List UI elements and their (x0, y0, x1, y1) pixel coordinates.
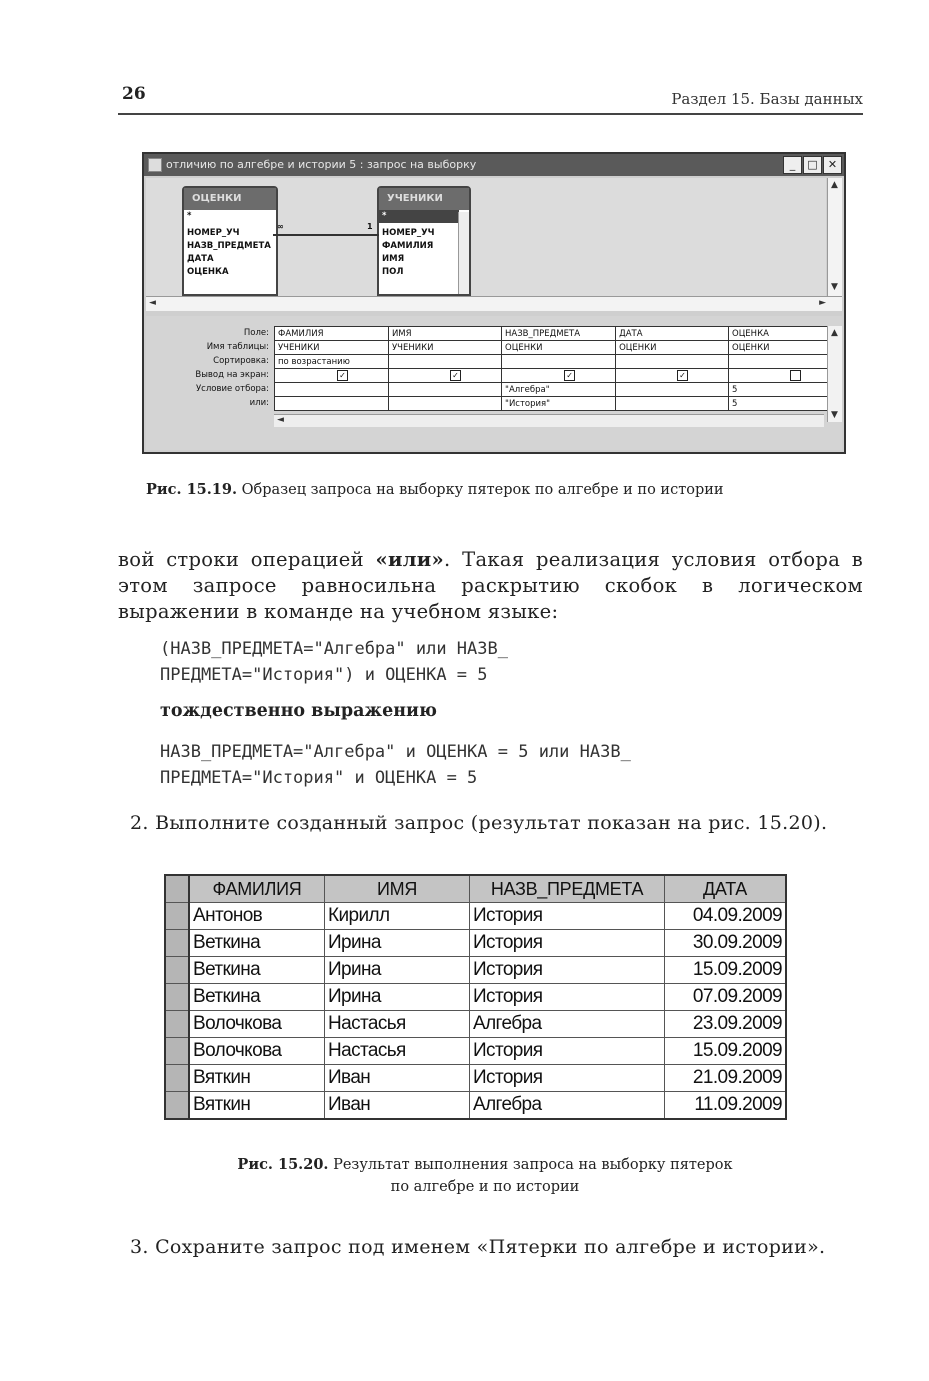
figure-label: Рис. 15.20. (237, 1156, 328, 1173)
row-selector[interactable] (165, 1038, 189, 1065)
relationship-line[interactable] (273, 234, 379, 236)
grid-vertical-scrollbar[interactable]: ▲ ▼ (827, 326, 842, 422)
grid-cell-field[interactable]: НАЗВ_ПРЕДМЕТА (502, 327, 616, 341)
query-icon (148, 158, 162, 172)
grid-cell-or[interactable] (616, 397, 729, 411)
grid-cell-table[interactable]: УЧЕНИКИ (388, 341, 501, 355)
grid-cell-table[interactable]: ОЦЕНКИ (616, 341, 729, 355)
table-row[interactable]: ВеткинаИринаИстория15.09.2009 (165, 957, 786, 984)
table-cell[interactable]: История (470, 1038, 665, 1065)
grid-cell-table[interactable]: ОЦЕНКИ (502, 341, 616, 355)
grid-cell-table[interactable]: УЧЕНИКИ (275, 341, 389, 355)
scroll-right-icon[interactable]: ► (819, 298, 826, 308)
table-box-title[interactable]: ОЦЕНКИ (184, 188, 276, 210)
table-cell[interactable]: Настасья (325, 1038, 470, 1065)
scroll-up-icon[interactable]: ▲ (831, 328, 838, 338)
grid-cell-sort[interactable]: по возрастанию (275, 355, 389, 369)
row-selector[interactable] (165, 1065, 189, 1092)
field-item[interactable]: * (379, 210, 459, 223)
grid-row-table: УЧЕНИКИУЧЕНИКИОЦЕНКИОЦЕНКИОЦЕНКИ (275, 341, 842, 355)
grid-cell-or[interactable]: "История" (502, 397, 616, 411)
field-item[interactable]: ОЦЕНКА (184, 266, 276, 279)
table-cell[interactable]: Кирилл (325, 903, 470, 930)
table-cell[interactable]: Волочкова (189, 1038, 325, 1065)
table-cell[interactable]: Алгебра (470, 1092, 665, 1120)
field-item[interactable]: ПОЛ (379, 266, 469, 279)
field-item[interactable]: ДАТА (184, 253, 276, 266)
show-cell[interactable]: ✓ (388, 369, 501, 383)
scroll-left-icon[interactable]: ◄ (277, 415, 284, 425)
show-cell[interactable]: ✓ (502, 369, 616, 383)
show-cell[interactable]: ✓ (616, 369, 729, 383)
table-cell[interactable]: Настасья (325, 1011, 470, 1038)
grid-cell-criteria[interactable]: 5 (729, 383, 842, 397)
row-selector[interactable] (165, 984, 189, 1011)
table-cell[interactable]: 11.09.2009 (665, 1092, 787, 1120)
table-cell[interactable]: История (470, 957, 665, 984)
maximize-button[interactable]: □ (803, 156, 822, 174)
minimize-button[interactable]: _ (783, 156, 802, 174)
table-cell[interactable]: 30.09.2009 (665, 930, 787, 957)
row-label-sort: Сортировка: (146, 354, 272, 368)
figure-caption: Рис. 15.20. Результат выполнения запроса… (0, 1154, 929, 1198)
grid-cell-field[interactable]: ДАТА (616, 327, 729, 341)
table-cell[interactable]: Иван (325, 1065, 470, 1092)
paragraph-text: вой строки операцией (118, 548, 375, 571)
table-cell[interactable]: Алгебра (470, 1011, 665, 1038)
figure-caption: Рис. 15.19. Образец запроса на выборку п… (146, 481, 724, 498)
table-row[interactable]: ВяткинИванАлгебра11.09.2009 (165, 1092, 786, 1120)
grid-cell-criteria[interactable] (388, 383, 501, 397)
design-grid-pane: Поле: Имя таблицы: Сортировка: Вывод на … (146, 316, 842, 450)
checkbox-checked-icon[interactable]: ✓ (450, 370, 461, 381)
table-cell[interactable]: Вяткин (189, 1065, 325, 1092)
grid-cell-sort[interactable] (729, 355, 842, 369)
row-label-field: Поле: (146, 326, 272, 340)
table-cell[interactable]: 15.09.2009 (665, 957, 787, 984)
row-label-show: Вывод на экран: (146, 368, 272, 382)
table-row[interactable]: ВеткинаИринаИстория07.09.2009 (165, 984, 786, 1011)
close-button[interactable]: ✕ (823, 156, 842, 174)
figure-text: Образец запроса на выборку пятерок по ал… (237, 482, 724, 498)
grid-cell-sort[interactable] (616, 355, 729, 369)
table-cell[interactable]: 07.09.2009 (665, 984, 787, 1011)
paragraph: вой строки операцией «или». Такая реализ… (118, 547, 863, 625)
scroll-up-icon[interactable]: ▲ (831, 180, 838, 190)
grid-cell-sort[interactable] (388, 355, 501, 369)
table-cell[interactable]: История (470, 930, 665, 957)
code-expression: НАЗВ_ПРЕДМЕТА="Алгебра" и ОЦЕНКА = 5 или… (160, 739, 631, 791)
grid-cell-field[interactable]: ФАМИЛИЯ (275, 327, 389, 341)
one-label: 1 (367, 222, 373, 231)
table-cell[interactable]: История (470, 1065, 665, 1092)
field-item[interactable]: НОМЕР_УЧ (379, 227, 469, 240)
table-row[interactable]: АнтоновКириллИстория04.09.2009 (165, 903, 786, 930)
table-cell[interactable]: Вяткин (189, 1092, 325, 1120)
checkbox-checked-icon[interactable]: ✓ (677, 370, 688, 381)
grid-row-sort: по возрастанию (275, 355, 842, 369)
table-box-title[interactable]: УЧЕНИКИ (379, 188, 469, 210)
field-item[interactable]: ФАМИЛИЯ (379, 240, 469, 253)
code-line: НАЗВ_ПРЕДМЕТА="Алгебра" и ОЦЕНКА = 5 или… (160, 739, 631, 765)
figure-text: Результат выполнения запроса на выборку … (328, 1157, 732, 1173)
field-item[interactable]: ИМЯ (379, 253, 469, 266)
query-design-window: отличию по алгебре и истории 5 : запрос … (142, 152, 846, 454)
table-cell[interactable]: 15.09.2009 (665, 1038, 787, 1065)
table-pane-horizontal-scrollbar[interactable]: ◄ ► (146, 296, 842, 311)
field-list-scrollbar[interactable] (458, 212, 469, 294)
grid-cell-field[interactable]: ОЦЕНКА (729, 327, 842, 341)
header-row: ФАМИЛИЯИМЯНАЗВ_ПРЕДМЕТАДАТА (165, 875, 786, 903)
running-title: Раздел 15. Базы данных (671, 90, 863, 108)
table-cell[interactable]: История (470, 903, 665, 930)
grid-row-labels: Поле: Имя таблицы: Сортировка: Вывод на … (146, 326, 272, 410)
checkbox-checked-icon[interactable]: ✓ (564, 370, 575, 381)
grid-cell-or[interactable]: 5 (729, 397, 842, 411)
query-design-grid: ФАМИЛИЯИМЯНАЗВ_ПРЕДМЕТАДАТАОЦЕНКАУЧЕНИКИ… (274, 326, 842, 411)
many-label: ∞ (277, 222, 284, 231)
table-cell[interactable]: Веткина (189, 957, 325, 984)
table-cell[interactable]: Иван (325, 1092, 470, 1120)
page-number: 26 (122, 84, 146, 104)
table-pane-vertical-scrollbar[interactable]: ▲ ▼ (827, 178, 842, 308)
header-rule (118, 113, 863, 115)
grid-row-or: "История"5 (275, 397, 842, 411)
table-cell[interactable]: Веткина (189, 930, 325, 957)
grid-cell-or[interactable] (388, 397, 501, 411)
row-label-or: или: (146, 396, 272, 410)
show-cell[interactable] (729, 369, 842, 383)
code-line: ПРЕДМЕТА="История" и ОЦЕНКА = 5 (160, 765, 631, 791)
checkbox-checked-icon[interactable]: ✓ (337, 370, 348, 381)
show-cell[interactable]: ✓ (275, 369, 389, 383)
table-cell[interactable]: 21.09.2009 (665, 1065, 787, 1092)
grid-row-field: ФАМИЛИЯИМЯНАЗВ_ПРЕДМЕТАДАТАОЦЕНКА (275, 327, 842, 341)
grid-row-criteria: "Алгебра"5 (275, 383, 842, 397)
scroll-down-icon[interactable]: ▼ (831, 410, 838, 420)
grid-cell-criteria[interactable] (616, 383, 729, 397)
table-box-students[interactable]: УЧЕНИКИ * НОМЕР_УЧ ФАМИЛИЯ ИМЯ ПОЛ (377, 186, 471, 296)
query-result-datasheet: ФАМИЛИЯИМЯНАЗВ_ПРЕДМЕТАДАТААнтоновКирилл… (164, 874, 787, 1120)
code-line: (НАЗВ_ПРЕДМЕТА="Алгебра" или НАЗВ_ (160, 636, 508, 662)
step-2: 2. Выполните созданный запрос (результат… (130, 810, 827, 836)
scroll-down-icon[interactable]: ▼ (831, 282, 838, 292)
figure-label: Рис. 15.19. (146, 481, 237, 498)
grid-cell-criteria[interactable] (275, 383, 389, 397)
paragraph-emphasis: «или» (375, 548, 444, 571)
row-selector[interactable] (165, 957, 189, 984)
checkbox-unchecked-icon[interactable] (790, 370, 801, 381)
step-3: 3. Сохраните запрос под именем «Пятерки … (130, 1234, 825, 1260)
table-row[interactable]: ВолочковаНастасьяИстория15.09.2009 (165, 1038, 786, 1065)
row-label-criteria: Условие отбора: (146, 382, 272, 396)
scroll-left-icon[interactable]: ◄ (149, 298, 156, 308)
row-selector[interactable] (165, 930, 189, 957)
table-row[interactable]: ВяткинИванИстория21.09.2009 (165, 1065, 786, 1092)
table-row[interactable]: ВолочковаНастасьяАлгебра23.09.2009 (165, 1011, 786, 1038)
column-header[interactable]: ДАТА (665, 875, 787, 903)
table-box-grades[interactable]: ОЦЕНКИ * НОМЕР_УЧ НАЗВ_ПРЕДМЕТА ДАТА ОЦЕ… (182, 186, 278, 296)
row-selector[interactable] (165, 903, 189, 930)
equivalent-label: тождественно выражению (160, 701, 437, 721)
row-selector[interactable] (165, 1092, 189, 1120)
table-cell[interactable]: Ирина (325, 984, 470, 1011)
field-item[interactable]: НОМЕР_УЧ (184, 227, 276, 240)
table-cell[interactable]: 04.09.2009 (665, 903, 787, 930)
column-header[interactable]: ИМЯ (325, 875, 470, 903)
field-item[interactable]: НАЗВ_ПРЕДМЕТА (184, 240, 276, 253)
table-cell[interactable]: Ирина (325, 930, 470, 957)
grid-cell-or[interactable] (275, 397, 389, 411)
table-row[interactable]: ВеткинаИринаИстория30.09.2009 (165, 930, 786, 957)
grid-cell-criteria[interactable]: "Алгебра" (502, 383, 616, 397)
column-header[interactable]: ФАМИЛИЯ (189, 875, 325, 903)
table-cell[interactable]: Антонов (189, 903, 325, 930)
table-cell[interactable]: Веткина (189, 984, 325, 1011)
table-cell[interactable]: Ирина (325, 957, 470, 984)
window-title-bar[interactable]: отличию по алгебре и истории 5 : запрос … (144, 154, 844, 176)
column-header[interactable]: НАЗВ_ПРЕДМЕТА (470, 875, 665, 903)
code-expression: (НАЗВ_ПРЕДМЕТА="Алгебра" или НАЗВ_ ПРЕДМ… (160, 636, 508, 688)
field-item[interactable]: * (184, 210, 276, 223)
select-all-corner[interactable] (165, 875, 189, 903)
figure-text: по алгебре и по истории (0, 1176, 929, 1198)
row-label-table: Имя таблицы: (146, 340, 272, 354)
grid-cell-field[interactable]: ИМЯ (388, 327, 501, 341)
grid-row-show: ✓✓✓✓ (275, 369, 842, 383)
table-cell[interactable]: История (470, 984, 665, 1011)
table-cell[interactable]: 23.09.2009 (665, 1011, 787, 1038)
grid-horizontal-scrollbar[interactable]: ◄ (274, 414, 824, 427)
window-title: отличию по алгебре и истории 5 : запрос … (166, 158, 476, 171)
grid-cell-table[interactable]: ОЦЕНКИ (729, 341, 842, 355)
grid-cell-sort[interactable] (502, 355, 616, 369)
table-cell[interactable]: Волочкова (189, 1011, 325, 1038)
code-line: ПРЕДМЕТА="История") и ОЦЕНКА = 5 (160, 662, 508, 688)
row-selector[interactable] (165, 1011, 189, 1038)
